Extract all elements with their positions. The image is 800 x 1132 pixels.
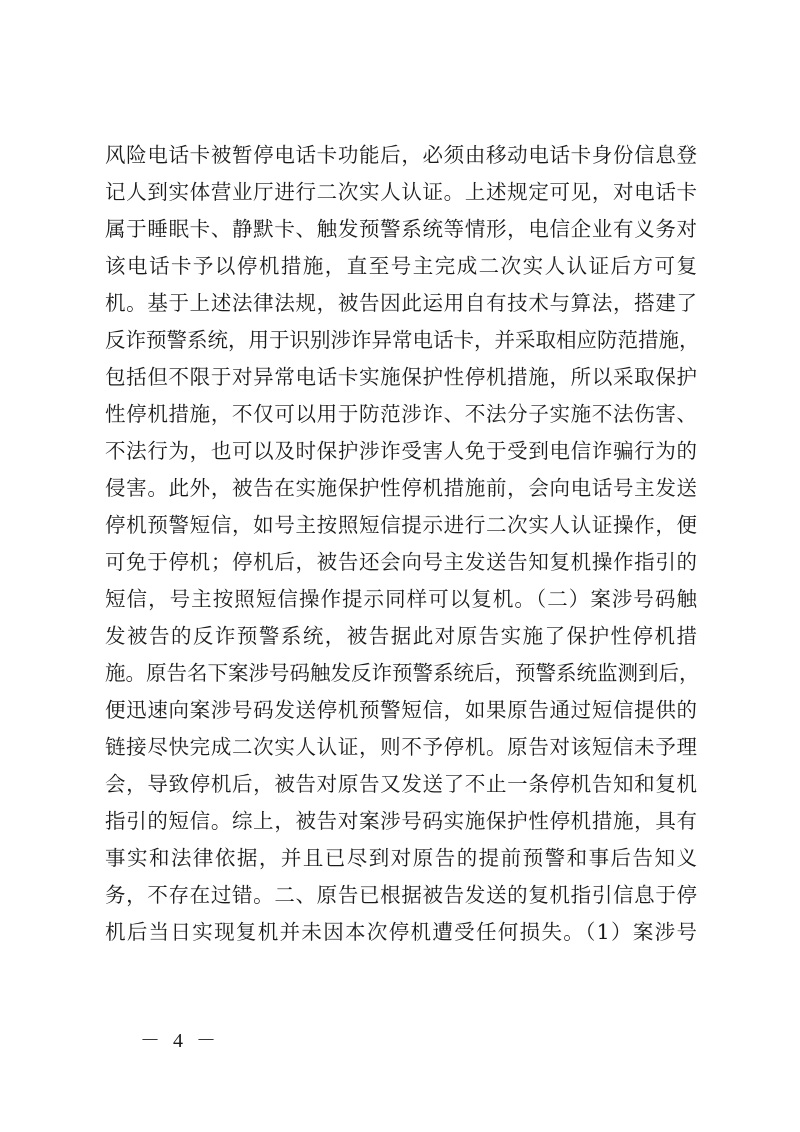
text-line: 短信，号主按照短信操作提示同样可以复机。（二）案涉号码触 [105,581,697,618]
page-number: － 4 － [140,1024,220,1053]
text-line: 记人到实体营业厅进行二次实人认证。上述规定可见，对电话卡 [105,174,697,211]
text-line: 风险电话卡被暂停电话卡功能后，必须由移动电话卡身份信息登 [105,137,697,174]
text-line: 发被告的反诈预警系统，被告据此对原告实施了保护性停机措 [105,618,697,655]
text-line: 停机预警短信，如号主按照短信提示进行二次实人认证操作，便 [105,507,697,544]
text-line: 性停机措施，不仅可以用于防范涉诈、不法分子实施不法伤害、 [105,396,697,433]
text-line: 属于睡眠卡、静默卡、触发预警系统等情形，电信企业有义务对 [105,211,697,248]
text-line: 链接尽快完成二次实人认证，则不予停机。原告对该短信未予理 [105,729,697,766]
text-line: 可免于停机；停机后，被告还会向号主发送告知复机操作指引的 [105,544,697,581]
document-page: 风险电话卡被暂停电话卡功能后，必须由移动电话卡身份信息登 记人到实体营业厅进行二… [0,0,800,1132]
text-line: 指引的短信。综上，被告对案涉号码实施保护性停机措施，具有 [105,803,697,840]
text-line: 包括但不限于对异常电话卡实施保护性停机措施，所以采取保护 [105,359,697,396]
text-line: 反诈预警系统，用于识别涉诈异常电话卡，并采取相应防范措施， [105,322,697,359]
text-line: 不法行为，也可以及时保护涉诈受害人免于受到电信诈骗行为的 [105,433,697,470]
text-line: 机后当日实现复机并未因本次停机遭受任何损失。（1）案涉号 [105,914,697,951]
text-line: 该电话卡予以停机措施，直至号主完成二次实人认证后方可复 [105,248,697,285]
text-line: 会，导致停机后，被告对原告又发送了不止一条停机告知和复机 [105,766,697,803]
body-paragraph: 风险电话卡被暂停电话卡功能后，必须由移动电话卡身份信息登 记人到实体营业厅进行二… [105,137,697,951]
text-line: 便迅速向案涉号码发送停机预警短信，如果原告通过短信提供的 [105,692,697,729]
text-line: 侵害。此外，被告在实施保护性停机措施前，会向电话号主发送 [105,470,697,507]
text-line: 机。基于上述法律法规，被告因此运用自有技术与算法，搭建了 [105,285,697,322]
text-line: 务，不存在过错。二、原告已根据被告发送的复机指引信息于停 [105,877,697,914]
text-line: 施。原告名下案涉号码触发反诈预警系统后，预警系统监测到后， [105,655,697,692]
text-line: 事实和法律依据，并且已尽到对原告的提前预警和事后告知义 [105,840,697,877]
